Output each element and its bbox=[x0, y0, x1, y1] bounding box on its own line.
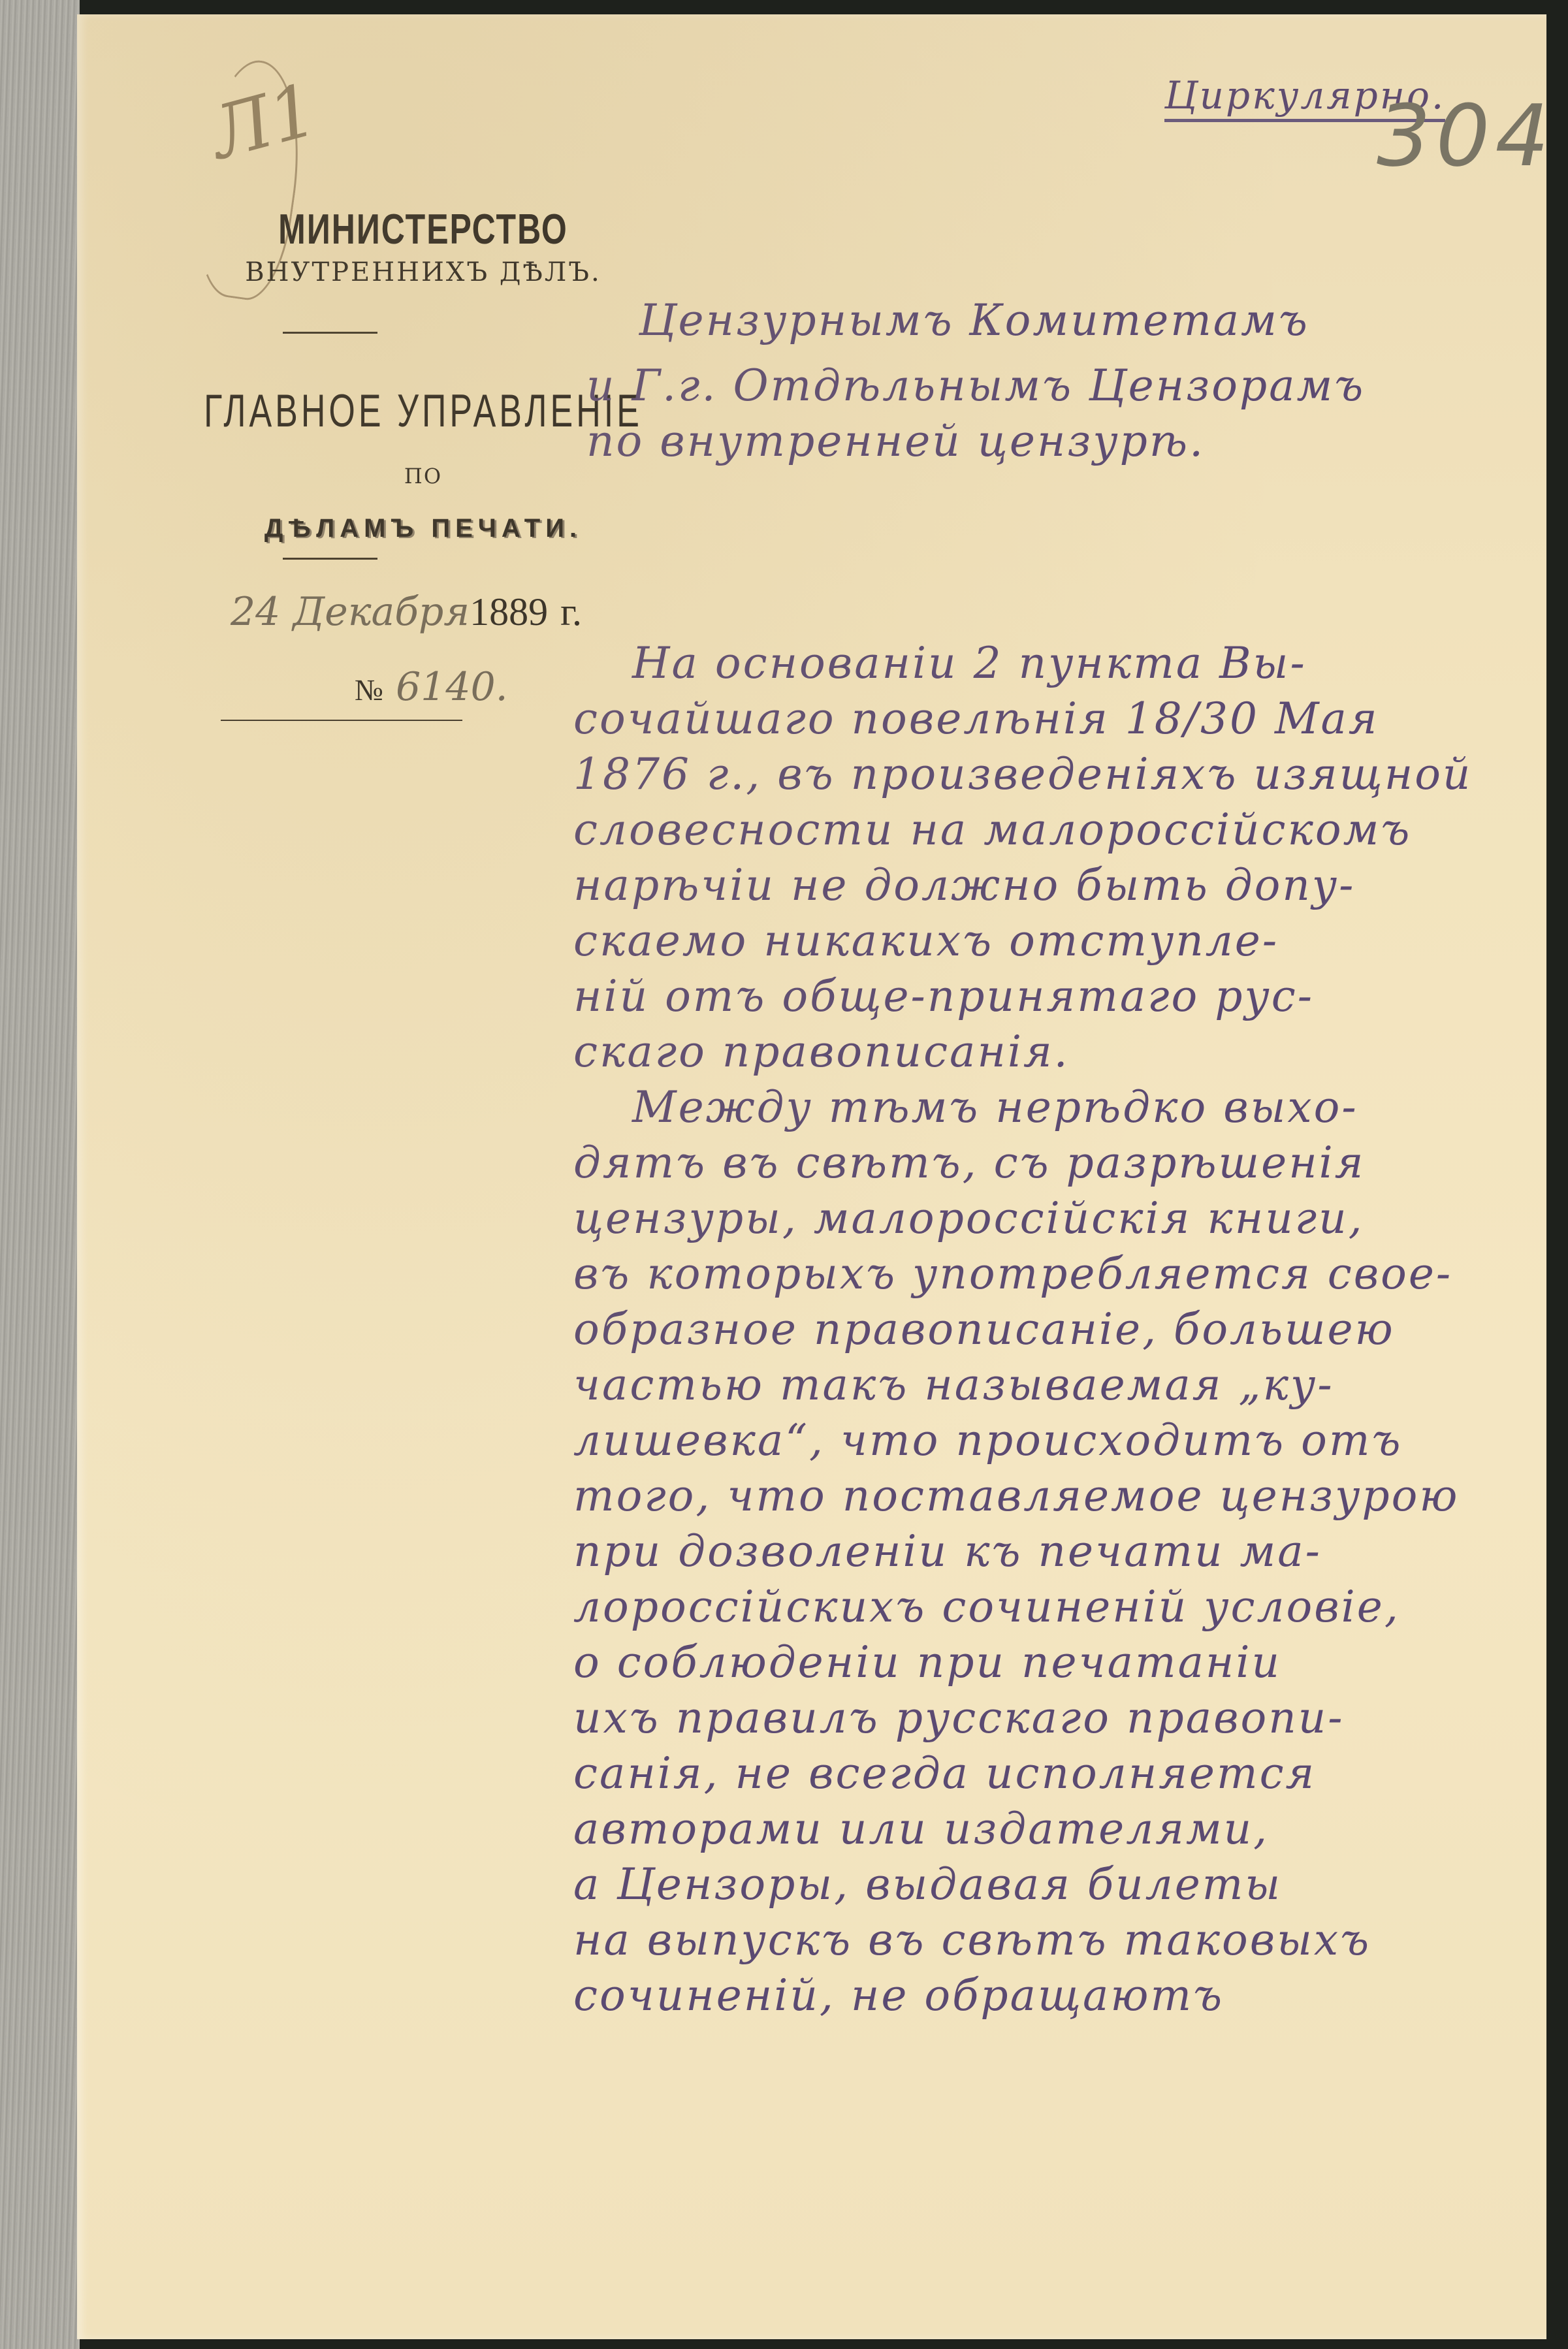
body-line: 1876 г., въ произведеніяхъ изящной bbox=[573, 749, 1472, 799]
archive-pencil-mark: Л1 bbox=[202, 67, 325, 176]
document-page: Л1 Циркулярно. 304 МИНИСТЕРСТВО ВНУТРЕНН… bbox=[77, 14, 1546, 2339]
body-line: на выпускъ въ свѣтъ таковыхъ bbox=[573, 1915, 1371, 1965]
body-line: сочайшаго повелѣнія 18/30 Мая bbox=[573, 694, 1379, 744]
document-date: 24 Декабря1889 г. bbox=[231, 589, 582, 635]
body-line: авторами или издателями, bbox=[573, 1804, 1269, 1854]
body-line: Между тѣмъ нерѣдко выхо- bbox=[632, 1082, 1358, 1132]
letterhead-department-sub: ДѢЛАМЪ ПЕЧАТИ. bbox=[195, 514, 652, 543]
binding-strip bbox=[0, 0, 80, 2349]
letterhead-ministry-sub: ВНУТРЕННИХЪ ДѢЛЪ. bbox=[195, 257, 652, 287]
body-line: а Цензоры, выдавая билеты bbox=[573, 1859, 1282, 1910]
body-line: скаемо никакихъ отступле- bbox=[573, 916, 1279, 966]
body-line: цензуры, малороссійскія книги, bbox=[573, 1193, 1364, 1243]
letterhead-divider bbox=[221, 720, 462, 721]
body-line: дятъ въ свѣтъ, съ разрѣшенія bbox=[573, 1138, 1365, 1188]
body-line: На основаніи 2 пункта Вы- bbox=[632, 638, 1307, 688]
body-line: въ которыхъ употребляется свое- bbox=[573, 1249, 1452, 1299]
number-value: 6140. bbox=[396, 664, 508, 710]
body-line: санія, не всегда исполняется bbox=[573, 1748, 1316, 1798]
body-line: сочиненій, не обращаютъ bbox=[573, 1970, 1224, 2021]
letterhead-department: ГЛАВНОЕ УПРАВЛЕНІЕ bbox=[195, 385, 652, 438]
letterhead-divider bbox=[283, 558, 377, 560]
folio-number: 304 bbox=[1377, 86, 1554, 185]
addressee-line: Цензурнымъ Комитетамъ bbox=[639, 295, 1309, 345]
date-suffix: г. bbox=[560, 590, 582, 633]
body-line: скаго правописанія. bbox=[573, 1027, 1070, 1077]
body-line: образное правописаніе, большею bbox=[573, 1304, 1395, 1354]
letterhead-divider bbox=[283, 332, 377, 334]
addressee-line: по внутренней цензурѣ. bbox=[586, 416, 1205, 466]
body-line: частью такъ называемая „ку- bbox=[573, 1360, 1334, 1410]
addressee-line: и Г.г. Отдѣльнымъ Цензорамъ bbox=[586, 360, 1365, 411]
body-line: при дозволеніи къ печати ма- bbox=[573, 1526, 1322, 1576]
number-sign: № bbox=[355, 673, 383, 707]
letterhead-ministry: МИНИСТЕРСТВО bbox=[195, 204, 652, 253]
body-line: лишевка“, что происходитъ отъ bbox=[573, 1415, 1402, 1465]
letterhead-department-po: ПО bbox=[195, 464, 652, 488]
date-year: 1889 bbox=[470, 590, 548, 633]
date-handwritten: 24 Декабря bbox=[231, 589, 470, 635]
body-line: ній отъ обще-принятаго рус- bbox=[573, 971, 1314, 1021]
body-line: словесности на малороссійскомъ bbox=[573, 805, 1411, 855]
body-line: ихъ правилъ русскаго правопи- bbox=[573, 1693, 1345, 1743]
body-line: того, что поставляемое цензурою bbox=[573, 1471, 1460, 1521]
body-line: лороссійскихъ сочиненій условіе, bbox=[573, 1582, 1400, 1632]
document-number: № 6140. bbox=[355, 664, 508, 710]
body-line: о соблюденіи при печатаніи bbox=[573, 1637, 1281, 1687]
body-line: нарѣчіи не должно быть допу- bbox=[573, 860, 1355, 910]
